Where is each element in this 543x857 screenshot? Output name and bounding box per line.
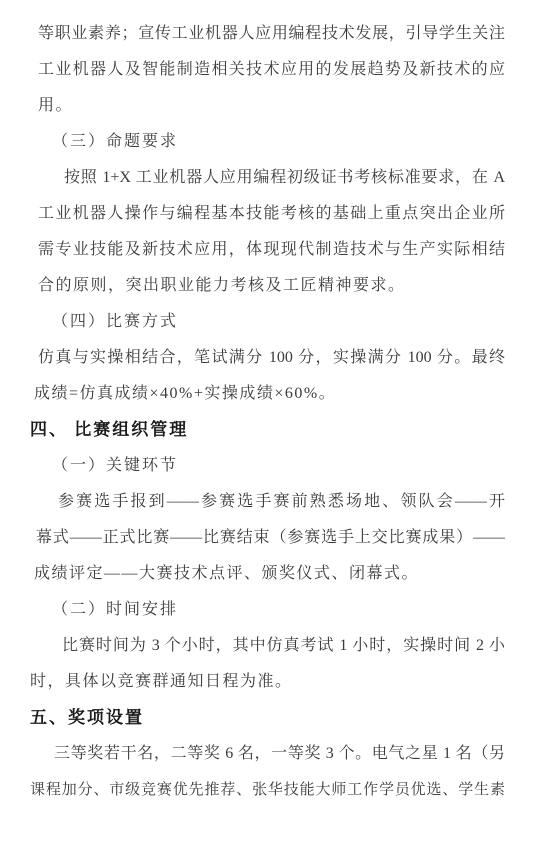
paragraph: 仿真与实操相结合，笔试满分 100 分，实操满分 100 分。最终 成绩=仿真成…: [30, 340, 505, 412]
paragraph: 等职业素养；宣传工业机器人应用编程技术发展，引导学生关注 工业机器人及智能制造相…: [30, 16, 505, 124]
section-heading: 四、 比赛组织管理: [30, 412, 505, 448]
document-page: 等职业素养；宣传工业机器人应用编程技术发展，引导学生关注 工业机器人及智能制造相…: [0, 0, 543, 857]
text-line: 工业机器人及智能制造相关技术应用的发展趋势及新技术的应: [38, 52, 505, 88]
text-line: 三等奖若干名，二等奖 6 名，一等奖 3 个。电气之星 1 名（另: [54, 736, 505, 772]
text-line: 等职业素养；宣传工业机器人应用编程技术发展，引导学生关注: [38, 16, 505, 52]
text-line: 成绩评定——大赛技术点评、颁奖仪式、闭幕式。: [34, 556, 505, 592]
text-line: 时，具体以竞赛群通知日程为准。: [30, 664, 505, 700]
subheading: （四）比赛方式: [52, 304, 505, 340]
paragraph: 三等奖若干名，二等奖 6 名，一等奖 3 个。电气之星 1 名（另 课程加分、市…: [30, 736, 505, 808]
paragraph: 比赛时间为 3 个小时，其中仿真考试 1 小时，实操时间 2 小 时，具体以竞赛…: [30, 628, 505, 700]
text-line: 用。: [38, 88, 505, 124]
text-line: 仿真与实操相结合，笔试满分 100 分，实操满分 100 分。最终: [38, 340, 505, 376]
text-line: 比赛时间为 3 个小时，其中仿真考试 1 小时，实操时间 2 小: [62, 628, 505, 664]
section-heading: 五、奖项设置: [30, 700, 505, 736]
text-line: 按照 1+X 工业机器人应用编程初级证书考核标准要求，在 A: [64, 160, 505, 196]
text-line: 课程加分、市级竞赛优先推荐、张华技能大师工作学员优选、学生素: [30, 772, 505, 808]
text-line: 需专业技能及新技术应用，体现现代制造技术与生产实际相结: [38, 232, 505, 268]
text-line: 工业机器人操作与编程基本技能考核的基础上重点突出企业所: [38, 196, 505, 232]
text-line: 成绩=仿真成绩×40%+实操成绩×60%。: [34, 376, 505, 412]
subheading: （一）关键环节: [52, 448, 505, 484]
text-line: 幕式——正式比赛——比赛结束（参赛选手上交比赛成果）——: [36, 520, 505, 556]
paragraph: 按照 1+X 工业机器人应用编程初级证书考核标准要求，在 A 工业机器人操作与编…: [30, 160, 505, 304]
paragraph: 参赛选手报到——参赛选手赛前熟悉场地、领队会——开 幕式——正式比赛——比赛结束…: [30, 484, 505, 592]
subheading: （二）时间安排: [52, 592, 505, 628]
text-line: 参赛选手报到——参赛选手赛前熟悉场地、领队会——开: [58, 484, 505, 520]
text-line: 合的原则，突出职业能力考核及工匠精神要求。: [38, 268, 505, 304]
subheading: （三）命题要求: [52, 124, 505, 160]
